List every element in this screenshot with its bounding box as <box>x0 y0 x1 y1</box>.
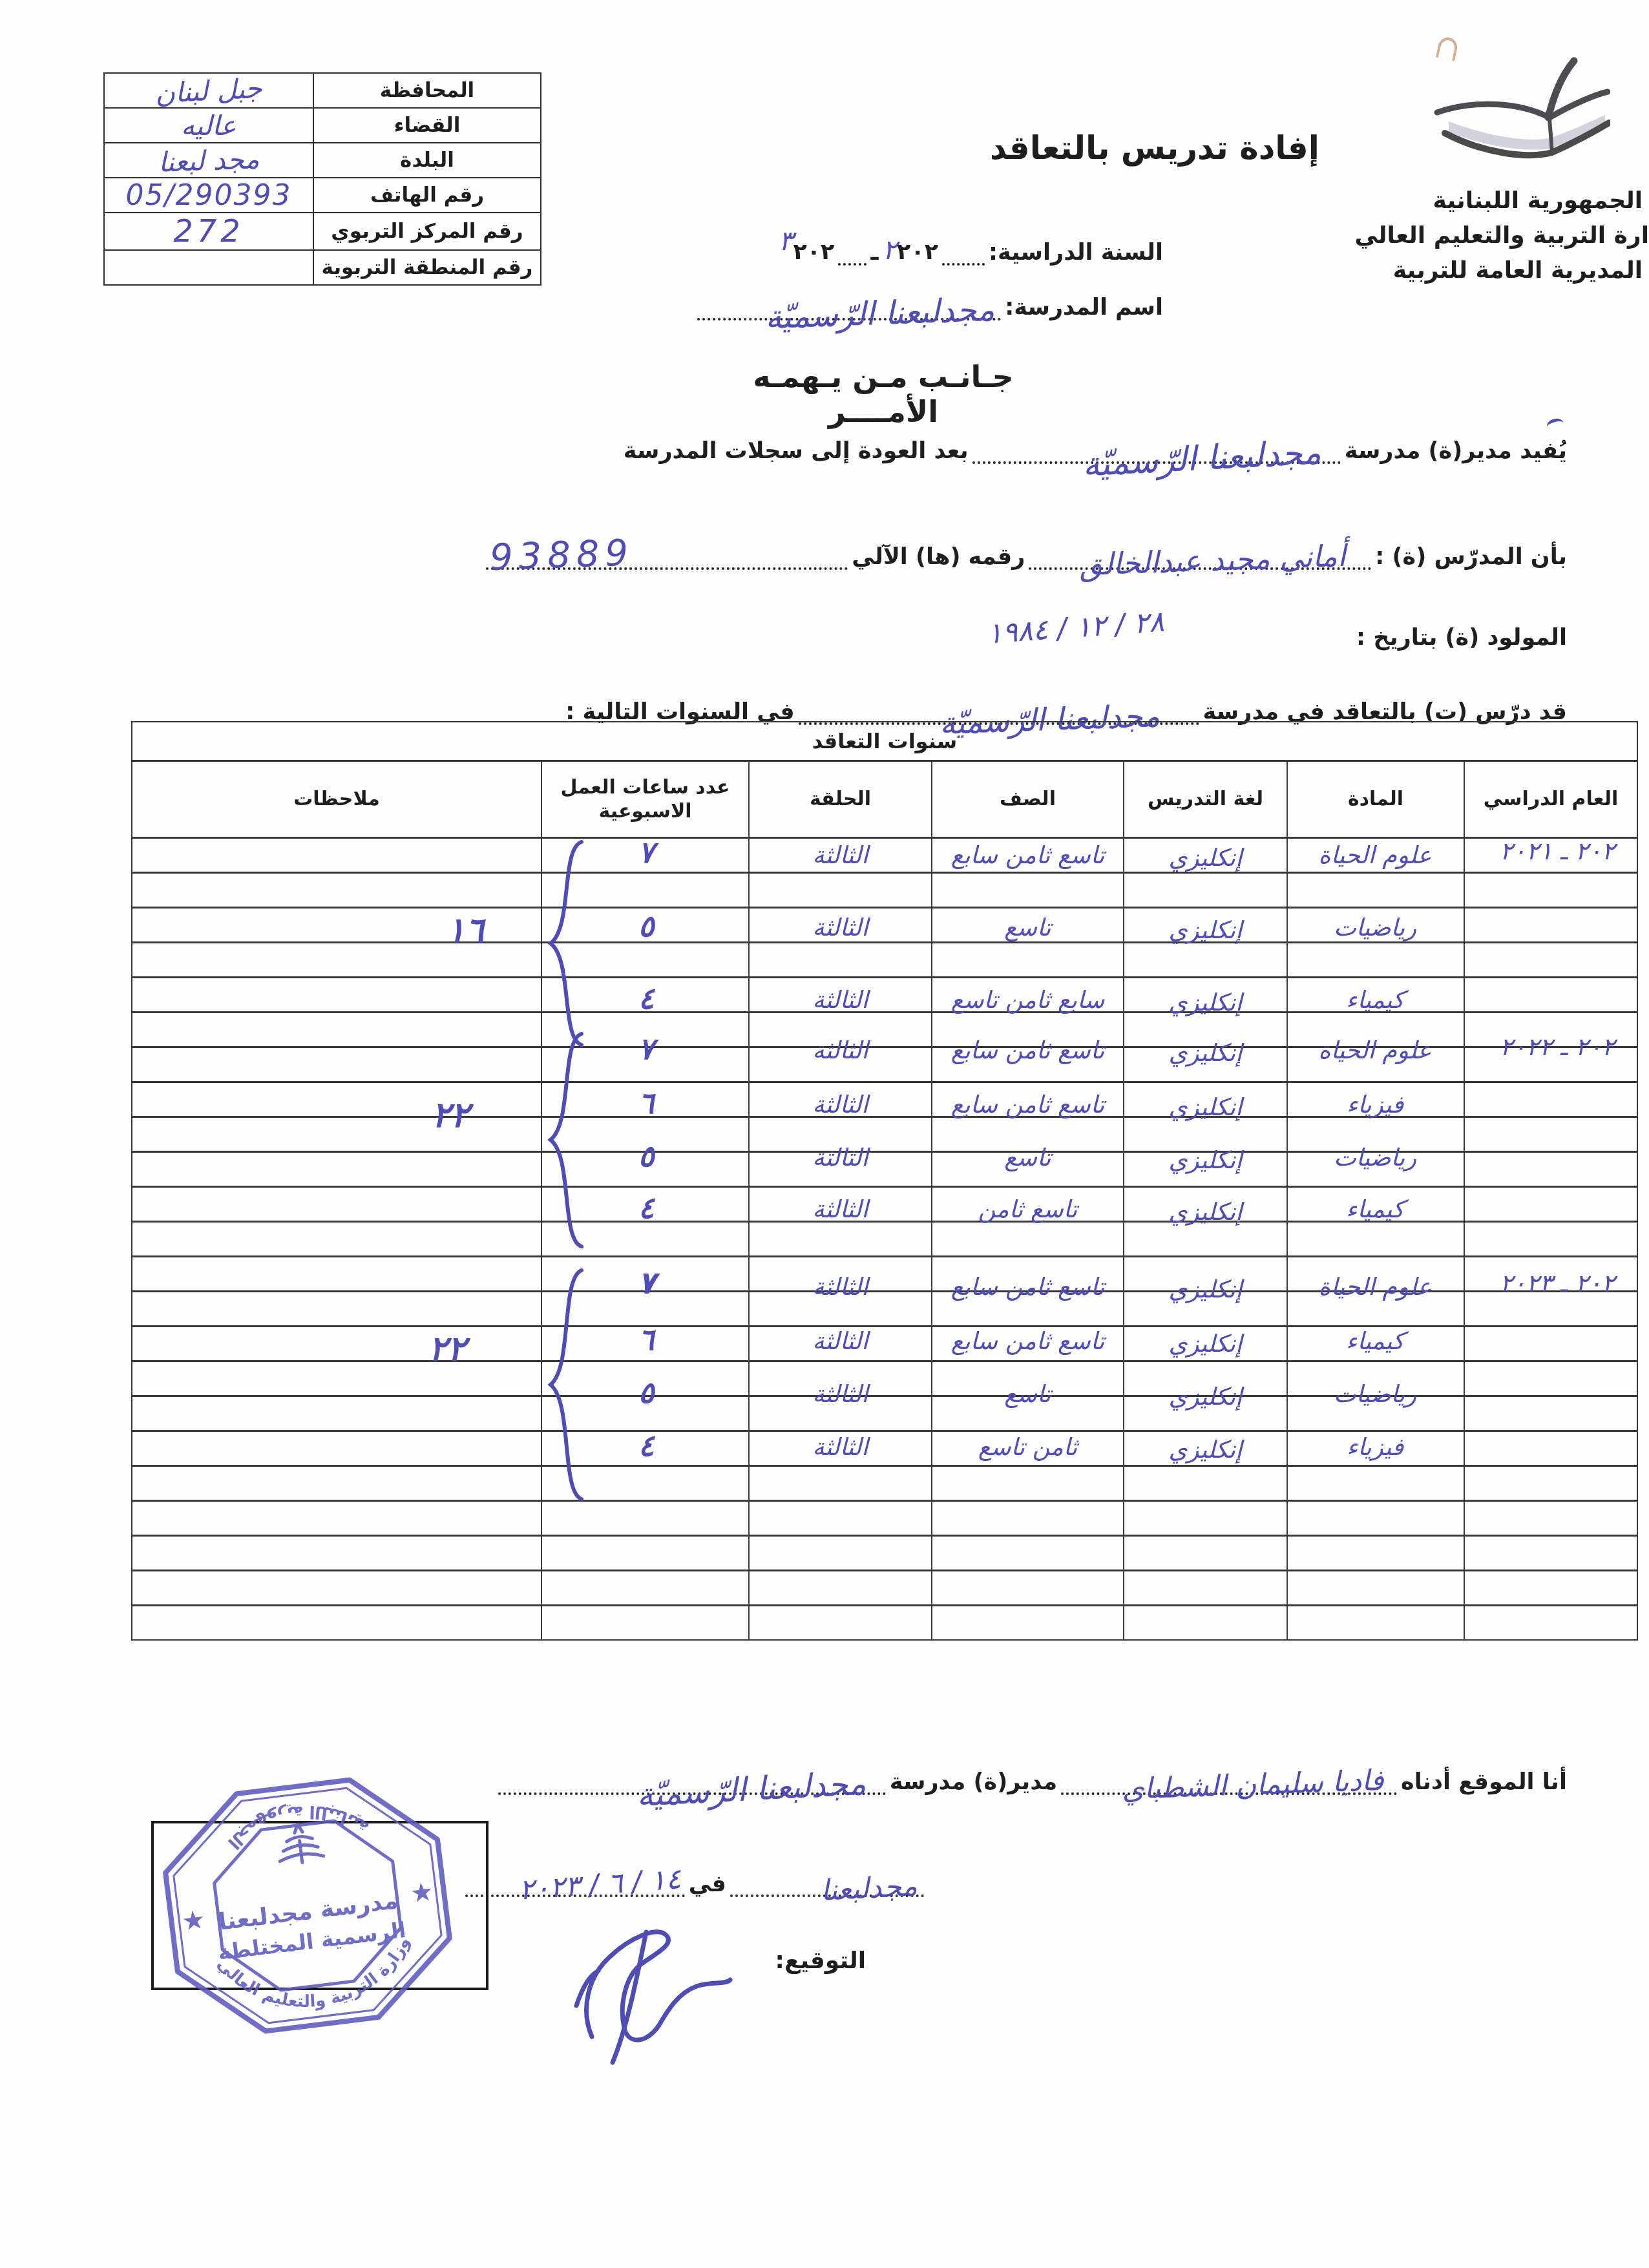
edu-region-number-label: رقم المنطقة التربوية <box>313 250 541 285</box>
table-title-row: سنوات التعاقد <box>132 722 1637 761</box>
table-empty-cell <box>1464 1222 1637 1257</box>
teacher-id-label: رقمه (ها) الآلي <box>852 544 1025 570</box>
school-stamp: الجمهورية اللبنانية مدرسة مجدلبعنا الرسم… <box>138 1754 478 2057</box>
column-header-language: لغة التدريس <box>1124 761 1287 838</box>
school-name-field: مجدلبعنا الرّسميّة <box>972 434 1341 464</box>
table-row: رقم المركز التربوي 272 <box>104 213 541 250</box>
total-hours-brace <box>543 1265 588 1504</box>
edu-center-number-value: 272 <box>104 213 313 250</box>
table-empty-cell <box>1464 1327 1637 1361</box>
table-empty-cell <box>1464 1431 1637 1466</box>
hw-subject: فيزياء <box>1287 1091 1464 1118</box>
director-name-field: فاديا سليمان الشطباي <box>1061 1765 1397 1795</box>
table-empty-cell <box>132 1431 541 1466</box>
school-name-handwriting: مجدلبعنا الرّسميّة <box>1082 433 1322 484</box>
table-row: رقم المنطقة التربوية <box>104 250 541 285</box>
table-empty-cell <box>1464 1152 1637 1187</box>
year-dash: ـ <box>870 240 878 266</box>
hw-year-block3: ٢٠٢ ـ ٢٠٢٣ <box>1460 1269 1649 1297</box>
table-empty-cell <box>1124 1606 1287 1641</box>
table-empty-cell <box>132 1152 541 1187</box>
phone-value: 05/290393 <box>104 178 313 213</box>
hw-cycle: الثالثة <box>750 1144 931 1171</box>
table-empty-cell <box>132 1536 541 1571</box>
town-label: البلدة <box>313 143 541 178</box>
table-empty-cell <box>1287 1606 1464 1641</box>
certify-line-left-text: بعد العودة إلى سجلات المدرسة <box>624 438 969 464</box>
district-value: عاليه <box>104 108 313 143</box>
hw-total-hours-block3: ٢٢ <box>408 1328 486 1369</box>
contract-table-empty-rows <box>132 838 1637 1641</box>
hw-language: إنكليزي <box>1124 916 1287 944</box>
district-label: القضاء <box>313 108 541 143</box>
school-name-field: مجدلبعنا الرّسميّة <box>498 1765 886 1795</box>
hw-cycle: الثالثة <box>750 1195 931 1223</box>
dotted-leader <box>838 237 867 266</box>
date-field: ١٤ / ٦ / ٢٠٢٣ <box>465 1867 685 1897</box>
scanned-form-page: المحافظة جبل لبنان القضاء عاليه البلدة م… <box>0 0 1649 2268</box>
school-name-handwriting: مجدلبعنا الرّسميّة <box>636 1765 867 1814</box>
edu-center-number-label: رقم المركز التربوي <box>313 213 541 250</box>
table-empty-cell <box>749 943 932 978</box>
hw-language: إنكليزي <box>1124 1383 1287 1411</box>
place-handwriting: مجدلبعنا <box>820 1869 918 1907</box>
stamp-star-left-icon: ★ <box>180 1905 207 1937</box>
table-empty-cell <box>1287 1571 1464 1606</box>
hw-class: ثامن تاسع <box>932 1433 1123 1461</box>
table-empty-cell <box>1464 1082 1637 1117</box>
hw-subject: علوم الحياة <box>1287 1036 1464 1064</box>
republic-line: الجمهورية اللبنانية <box>1433 187 1643 214</box>
admin-info-table: المحافظة جبل لبنان القضاء عاليه البلدة م… <box>103 72 541 286</box>
table-empty-cell <box>541 1571 749 1606</box>
undersigned-line: أنا الموقع أدناه فاديا سليمان الشطباي مد… <box>498 1765 1567 1795</box>
column-header-weekly-hours: عدد ساعات العمل الاسبوعية <box>541 761 749 838</box>
birthdate-label: المولود (ة) بتاريخ : <box>1356 625 1567 651</box>
hw-language: إنكليزي <box>1124 844 1287 872</box>
table-empty-cell <box>1464 873 1637 908</box>
hw-subject: رياضيات <box>1287 1380 1464 1408</box>
hw-class: تاسع ثامن سابع <box>932 1273 1123 1301</box>
table-row: رقم الهاتف 05/290393 <box>104 178 541 213</box>
table-empty-cell <box>132 1047 541 1082</box>
hw-class: تاسع <box>932 914 1123 941</box>
table-empty-cell <box>541 1606 749 1641</box>
hw-language: إنكليزي <box>1124 989 1287 1016</box>
table-empty-cell <box>932 1536 1124 1571</box>
teacher-label: بأن المدرّس (ة) : <box>1375 544 1567 570</box>
hw-class: سابع ثامن تاسع <box>932 986 1123 1014</box>
table-row: القضاء عاليه <box>104 108 541 143</box>
table-empty-cell <box>749 1571 932 1606</box>
table-empty-cell <box>1287 1536 1464 1571</box>
table-empty-cell <box>541 1501 749 1536</box>
table-empty-cell <box>132 838 541 873</box>
hw-subject: علوم الحياة <box>1287 1273 1464 1301</box>
hw-cycle: الثالثة <box>750 1433 931 1461</box>
hw-language: إنكليزي <box>1124 1039 1287 1067</box>
birthdate-handwriting: ٢٨ / ١٢ / ١٩٨٤ <box>986 605 1166 651</box>
certify-line: يُفيد مدير(ة) مدرسة مجدلبعنا الرّسميّة ب… <box>624 434 1567 464</box>
table-empty-cell <box>1124 1222 1287 1257</box>
table-empty-cell <box>1464 1396 1637 1431</box>
table-empty-row <box>132 1571 1637 1606</box>
director-role-label: مدير(ة) مدرسة <box>890 1769 1057 1795</box>
contract-table-title: سنوات التعاقد <box>132 722 1637 761</box>
hw-language: إنكليزي <box>1124 1093 1287 1121</box>
hw-class: تاسع ثامن سابع <box>932 1327 1123 1355</box>
table-empty-cell <box>1464 1187 1637 1222</box>
hw-class: تاسع <box>932 1380 1123 1408</box>
hw-class: تاسع ثامن <box>932 1195 1123 1223</box>
governorate-label: المحافظة <box>313 73 541 108</box>
undersigned-label: أنا الموقع أدناه <box>1401 1769 1567 1795</box>
column-header-year: العام الدراسي <box>1464 761 1637 838</box>
hw-subject: كيمياء <box>1287 1195 1464 1223</box>
table-empty-cell <box>132 1606 541 1641</box>
table-empty-cell <box>932 1501 1124 1536</box>
edu-region-number-value <box>104 250 313 285</box>
school-year-label: السنة الدراسية: <box>989 240 1163 266</box>
in-word: في <box>689 1871 726 1897</box>
hw-cycle: الثالثة <box>750 914 931 941</box>
table-empty-cell <box>1287 1222 1464 1257</box>
table-empty-cell <box>132 1292 541 1327</box>
hw-language: إنكليزي <box>1124 1436 1287 1464</box>
table-empty-cell <box>1464 1606 1637 1641</box>
hw-year-block2: ٢٠٢ ـ ٢٠٢٢ <box>1460 1033 1649 1061</box>
table-empty-cell <box>132 1222 541 1257</box>
year-to: ٣٢٠٢ <box>779 234 835 266</box>
column-header-notes: ملاحظات <box>132 761 541 838</box>
hw-total-hours-block2: ٢٢ <box>412 1095 489 1135</box>
school-name-label: اسم المدرسة: <box>1005 295 1163 320</box>
page-title: إفادة تدريس بالتعاقد <box>990 129 1319 167</box>
hw-cycle: الثالثة <box>750 1380 931 1408</box>
stamp-star-right-icon: ★ <box>408 1876 435 1909</box>
table-row: المحافظة جبل لبنان <box>104 73 541 108</box>
table-empty-cell <box>932 943 1124 978</box>
table-empty-cell <box>132 1187 541 1222</box>
table-empty-cell <box>932 1606 1124 1641</box>
table-empty-cell <box>1464 1466 1637 1501</box>
hw-class: تاسع ثامن سابع <box>932 1091 1123 1118</box>
table-empty-cell <box>1124 1501 1287 1536</box>
hw-class: تاسع ثامن سابع <box>932 1036 1123 1064</box>
hw-subject: كيمياء <box>1287 1327 1464 1355</box>
table-empty-cell <box>1464 943 1637 978</box>
hw-class: تاسع <box>932 1144 1123 1171</box>
table-empty-cell <box>541 1536 749 1571</box>
table-empty-cell <box>1464 908 1637 943</box>
table-empty-row <box>132 1501 1637 1536</box>
school-year-line: السنة الدراسية: ٢٢٠٢ ـ ٣٢٠٢ <box>779 234 1163 266</box>
table-empty-cell <box>932 1466 1124 1501</box>
hw-subject: كيمياء <box>1287 986 1464 1014</box>
table-empty-cell <box>932 1222 1124 1257</box>
teacher-name-field: أماني مجيد عبدالخالق <box>1029 540 1371 570</box>
to-whom-heading: جـانـب مـن يـهمـه الأمــــر <box>719 359 1048 429</box>
hw-language: إنكليزي <box>1124 1276 1287 1303</box>
hw-subject: رياضيات <box>1287 1144 1464 1171</box>
hw-language: إنكليزي <box>1124 1330 1287 1358</box>
dotted-leader <box>942 237 985 266</box>
hw-cycle: الثالثة <box>750 1091 931 1118</box>
table-header-row: العام الدراسي المادة لغة التدريس الصف ال… <box>132 761 1637 838</box>
total-hours-brace <box>543 837 588 1050</box>
hw-total-hours-block1: ١٦ <box>426 910 504 950</box>
table-empty-cell <box>1287 943 1464 978</box>
ministry-book-logo <box>1429 57 1610 176</box>
hw-subject: فيزياء <box>1287 1433 1464 1461</box>
table-empty-cell <box>1464 1117 1637 1152</box>
table-empty-cell <box>132 1396 541 1431</box>
hw-language: إنكليزي <box>1124 1198 1287 1226</box>
place-date-line: مجدلبعنا في ١٤ / ٦ / ٢٠٢٣ <box>465 1867 924 1897</box>
table-empty-row <box>132 1466 1637 1501</box>
table-empty-cell <box>1124 1466 1287 1501</box>
teacher-line: بأن المدرّس (ة) : أماني مجيد عبدالخالق ر… <box>486 540 1567 570</box>
table-empty-cell <box>932 873 1124 908</box>
table-empty-cell <box>1124 1571 1287 1606</box>
place-field: مجدلبعنا <box>730 1867 924 1897</box>
table-empty-cell <box>132 1501 541 1536</box>
book-left-edge <box>1437 104 1549 118</box>
signature-label: التوقيع: <box>775 1948 866 1974</box>
table-empty-cell <box>749 1222 932 1257</box>
hw-cycle: الثالثة <box>750 986 931 1014</box>
column-header-cycle: الحلقة <box>749 761 932 838</box>
table-empty-cell <box>1287 1501 1464 1536</box>
certify-line-right-text: يُفيد مدير(ة) مدرسة <box>1345 438 1567 464</box>
teacher-id-handwriting: 93889 <box>489 532 635 579</box>
director-name-handwriting: فاديا سليمان الشطباي <box>1122 1764 1385 1806</box>
hw-year-block1: ٢٠٢ ـ ٢٠٢١ <box>1460 837 1649 865</box>
table-empty-row <box>132 1606 1637 1641</box>
school-name-handwriting: مجدلبعنا الرّسميّة <box>764 291 995 336</box>
school-name-field: مجدلبعنا الرّسميّة <box>697 291 1001 320</box>
table-empty-cell <box>749 1606 932 1641</box>
column-header-class: الصف <box>932 761 1124 838</box>
table-empty-row <box>132 1536 1637 1571</box>
school-name-line: اسم المدرسة: مجدلبعنا الرّسميّة <box>697 291 1163 320</box>
table-empty-cell <box>1124 1536 1287 1571</box>
table-empty-cell <box>749 1501 932 1536</box>
table-row: البلدة مجد لبعنا <box>104 143 541 178</box>
hw-language: إنكليزي <box>1124 1146 1287 1174</box>
governorate-value: جبل لبنان <box>104 73 313 108</box>
town-value: مجد لبعنا <box>104 143 313 178</box>
column-header-subject: المادة <box>1287 761 1464 838</box>
hw-subject: رياضيات <box>1287 914 1464 941</box>
table-empty-cell <box>132 873 541 908</box>
table-empty-cell <box>1124 943 1287 978</box>
hw-subject: علوم الحياة <box>1287 841 1464 869</box>
directorate-line: المديرية العامة للتربية <box>1393 257 1643 284</box>
total-hours-brace <box>543 1029 588 1252</box>
table-empty-cell <box>1464 1361 1637 1396</box>
table-empty-cell <box>1464 1501 1637 1536</box>
table-empty-cell <box>1464 1571 1637 1606</box>
hw-cycle: الثالثة <box>750 1327 931 1355</box>
hw-cycle: الثالثة <box>750 841 931 869</box>
table-empty-row <box>132 943 1637 978</box>
hw-cycle: الثالثة <box>750 1036 931 1064</box>
table-empty-cell <box>132 1257 541 1292</box>
date-handwriting: ١٤ / ٦ / ٢٠٢٣ <box>518 1862 682 1906</box>
ministry-line: ارة التربية والتعليم العالي <box>1355 222 1649 249</box>
table-empty-cell <box>132 1013 541 1047</box>
table-empty-row <box>132 873 1637 908</box>
table-empty-cell <box>749 1466 932 1501</box>
table-empty-cell <box>749 873 932 908</box>
table-empty-cell <box>132 1571 541 1606</box>
phone-label: رقم الهاتف <box>313 178 541 213</box>
table-empty-cell <box>1464 1536 1637 1571</box>
table-empty-cell <box>132 978 541 1013</box>
teacher-name-handwriting: أماني مجيد عبدالخالق <box>1078 538 1346 582</box>
table-empty-cell <box>1464 978 1637 1013</box>
table-empty-cell <box>132 1466 541 1501</box>
teacher-id-field: 93889 <box>486 540 848 570</box>
pen-mark <box>1546 417 1565 433</box>
hw-cycle: الثالثة <box>750 1273 931 1301</box>
table-empty-cell <box>749 1536 932 1571</box>
book-fold <box>1549 119 1552 152</box>
birthdate-line: المولود (ة) بتاريخ : ٢٨ / ١٢ / ١٩٨٤ <box>987 618 1567 651</box>
table-empty-cell <box>1124 873 1287 908</box>
table-empty-cell <box>1287 1466 1464 1501</box>
director-signature <box>567 1907 742 2082</box>
table-empty-cell <box>1287 873 1464 908</box>
table-empty-row <box>132 1222 1637 1257</box>
table-empty-cell <box>932 1571 1124 1606</box>
year-from: ٢٢٠٢ <box>882 234 938 266</box>
hw-class: تاسع ثامن سابع <box>932 841 1123 869</box>
